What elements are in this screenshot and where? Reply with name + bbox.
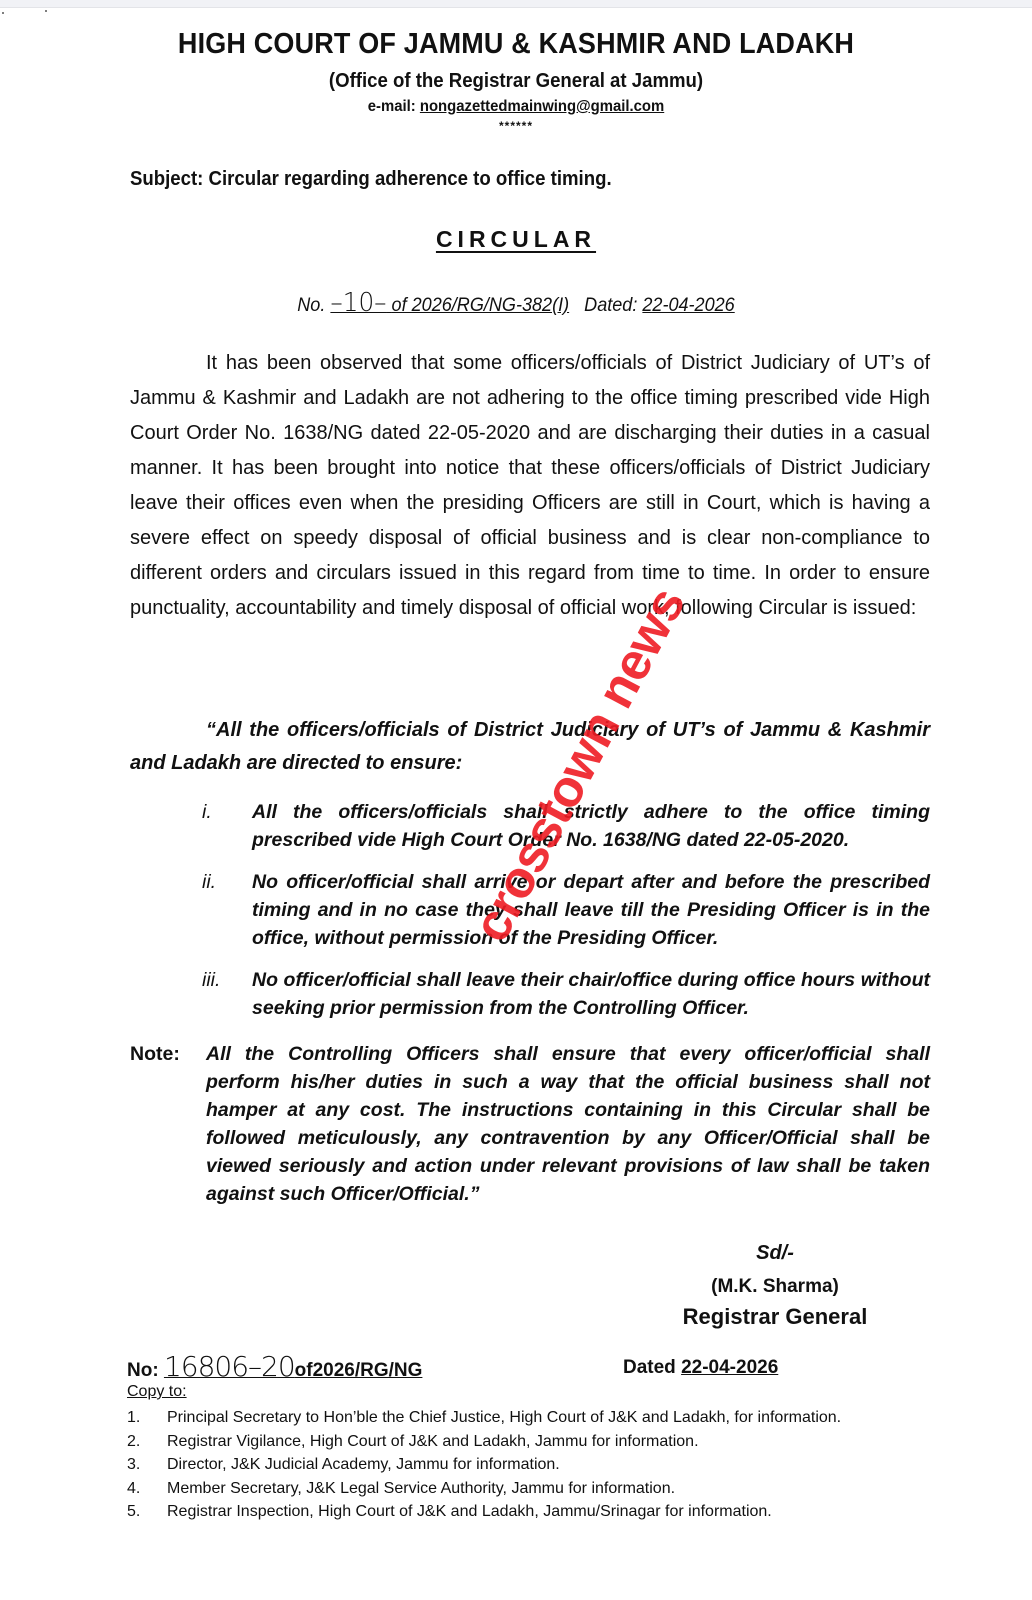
directive-text: All the officers/officials shall strictl…: [252, 798, 930, 854]
email-link[interactable]: nongazettedmainwing@gmail.com: [420, 98, 664, 115]
directive-intro-text: “All the officers/officials of District …: [130, 719, 930, 774]
email-line: e-mail: nongazettedmainwing@gmail.com: [36, 98, 996, 116]
directive-item: i. All the officers/officials shall stri…: [196, 798, 930, 854]
copy-to-text: Principal Secretary to Hon’ble the Chief…: [167, 1406, 841, 1430]
directive-item: iii. No officer/official shall leave the…: [196, 966, 930, 1022]
directive-intro: “All the officers/officials of District …: [130, 714, 930, 780]
viewer-top-bar: [0, 0, 1032, 8]
signature-sd: Sd/-: [640, 1242, 910, 1265]
copy-to-text: Member Secretary, J&K Legal Service Auth…: [167, 1477, 675, 1501]
directive-item: ii. No officer/official shall arrive or …: [196, 868, 930, 952]
endorsement-label: No:: [127, 1360, 159, 1381]
copy-to-number: 1.: [127, 1406, 167, 1430]
body-paragraph: It has been observed that some officers/…: [130, 346, 930, 626]
copy-to-label: Copy to:: [127, 1383, 187, 1401]
copy-to-number: 5.: [127, 1500, 167, 1524]
circular-no-prefix: No.: [297, 295, 325, 316]
directive-text: No officer/official shall arrive or depa…: [252, 868, 930, 952]
copy-to-number: 2.: [127, 1430, 167, 1454]
copy-to-list: 1.Principal Secretary to Hon’ble the Chi…: [127, 1406, 947, 1524]
endorsement-date-line: Dated 22-04-2026: [623, 1357, 778, 1379]
court-title: HIGH COURT OF JAMMU & KASHMIR AND LADAKH: [36, 28, 996, 61]
signatory-designation: Registrar General: [640, 1304, 910, 1330]
endorsement-number: 16806–20of2026/RG/NG: [164, 1360, 422, 1381]
copy-to-number: 4.: [127, 1477, 167, 1501]
body-paragraph-text: It has been observed that some officers/…: [130, 352, 930, 619]
handwritten-endorsement-number: 16806–20: [164, 1350, 295, 1383]
note-block: Note: All the Controlling Officers shall…: [130, 1040, 930, 1208]
copy-to-text: Registrar Inspection, High Court of J&K …: [167, 1500, 772, 1524]
dated-label: Dated:: [584, 295, 637, 316]
copy-to-text: Registrar Vigilance, High Court of J&K a…: [167, 1430, 699, 1454]
directive-list: i. All the officers/officials shall stri…: [196, 798, 930, 1036]
email-label: e-mail:: [368, 98, 416, 115]
endorsement-date: 22-04-2026: [681, 1357, 778, 1378]
endorsement-suffix: of2026/RG/NG: [295, 1360, 423, 1381]
circular-number-suffix: of 2026/RG/NG-382(I): [392, 295, 570, 316]
directive-number: iii.: [196, 966, 252, 1022]
directive-number: i.: [196, 798, 252, 854]
copy-to-text: Director, J&K Judicial Academy, Jammu fo…: [167, 1453, 560, 1477]
note-text: All the Controlling Officers shall ensur…: [206, 1040, 930, 1208]
circular-number-line: No. –10– of 2026/RG/NG-382(I) Dated: 22-…: [26, 288, 1006, 318]
signatory-name: (M.K. Sharma): [640, 1276, 910, 1298]
endorsement-number-line: No: 16806–20of2026/RG/NG: [127, 1350, 422, 1383]
directive-number: ii.: [196, 868, 252, 952]
copy-to-number: 3.: [127, 1453, 167, 1477]
copy-to-item: 3.Director, J&K Judicial Academy, Jammu …: [127, 1453, 947, 1477]
header-separator: ******: [0, 119, 1032, 133]
scan-speck: [45, 10, 47, 12]
circular-heading-text: CIRCULAR: [436, 226, 596, 252]
office-subtitle: (Office of the Registrar General at Jamm…: [36, 70, 996, 93]
circular-heading: CIRCULAR: [0, 226, 1032, 253]
scan-speck: [2, 12, 4, 14]
copy-to-item: 4.Member Secretary, J&K Legal Service Au…: [127, 1477, 947, 1501]
subject-line: Subject: Circular regarding adherence to…: [130, 168, 612, 191]
circular-date: 22-04-2026: [642, 295, 734, 316]
handwritten-number: –10–: [330, 288, 386, 318]
note-label: Note:: [130, 1040, 206, 1208]
copy-to-item: 5.Registrar Inspection, High Court of J&…: [127, 1500, 947, 1524]
copy-to-item: 2.Registrar Vigilance, High Court of J&K…: [127, 1430, 947, 1454]
endorsement-dated-label: Dated: [623, 1357, 676, 1378]
directive-text: No officer/official shall leave their ch…: [252, 966, 930, 1022]
circular-number: –10– of 2026/RG/NG-382(I): [330, 295, 569, 316]
copy-to-item: 1.Principal Secretary to Hon’ble the Chi…: [127, 1406, 947, 1430]
